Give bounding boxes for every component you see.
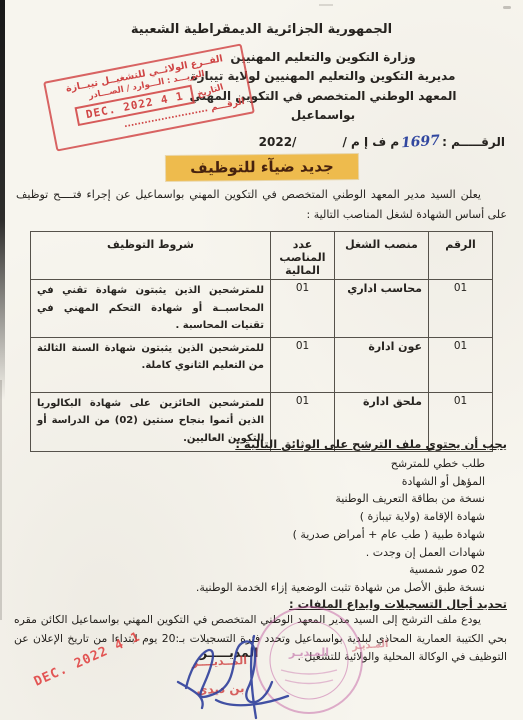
reference-number-line: الرقـــــم : 1697 م ف إ م / /2022 — [259, 134, 505, 150]
list-item: شهادة طبية ( طب عام + أمراض صدرية ) — [16, 526, 485, 544]
list-item: شهادات العمل إن وجدت . — [16, 544, 485, 562]
highlight-banner: جديد ضيآء للتوظيف — [166, 154, 358, 181]
row-count: 01 — [271, 280, 335, 338]
list-item: شهادة الإقامة (ولاية تيبازة ) — [16, 508, 485, 526]
col-number: الرقم — [429, 232, 493, 280]
scanned-document-page: الجمهورية الجزائرية الديمقراطية الشعبية … — [0, 0, 523, 720]
row-conditions: للمترشحين الذين يثبتون شهادة تقني في الم… — [31, 280, 271, 338]
republic-title: الجمهورية الجزائرية الديمقراطية الشعبية — [0, 22, 523, 37]
row-number: 01 — [429, 280, 493, 338]
announcement-paragraph: يعلن السيد مدير المعهد الوطني المتخصص في… — [16, 185, 507, 226]
col-count: عدد المناصب المالية — [271, 232, 335, 280]
row-number: 01 — [429, 337, 493, 392]
table-header-row: الرقم منصب الشغل عدد المناصب المالية شرو… — [31, 232, 493, 280]
list-item: نسخة طبق الأصل من شهادة تثبت الوضعية إزا… — [16, 579, 485, 597]
documents-list: طلب خطي للمترشح المؤهل أو الشهادة نسخة م… — [16, 455, 485, 597]
ref-code: م ف إ م / — [342, 135, 399, 149]
svg-text:التكوين المهني ✶ بواسماعيل ✶ ا: التكوين المهني ✶ بواسماعيل ✶ المعهد الوط… — [243, 598, 248, 600]
row-position: عون ادارة — [335, 337, 429, 392]
list-item: المؤهل أو الشهادة — [16, 473, 485, 491]
list-item: نسخة من بطاقة التعريف الوطنية — [16, 490, 485, 508]
col-position: منصب الشغل — [335, 232, 429, 280]
stamp-date-label: التاريخ — [196, 82, 225, 99]
scan-speck — [503, 6, 511, 9]
ref-year: /2022 — [259, 135, 297, 149]
signature-scribble — [158, 630, 308, 720]
scan-edge-artifact — [0, 0, 5, 400]
intake-red-stamp: الفــرع الولائــي للتشغيــل تيبــازة الب… — [43, 43, 255, 151]
ref-label: الرقـــــم : — [442, 135, 505, 149]
scan-edge-artifact — [0, 380, 2, 620]
list-item: طلب خطي للمترشح — [16, 455, 485, 473]
documents-heading: يجب أن يحتوي ملف الترشح على الوثائق التا… — [235, 437, 507, 451]
positions-table: الرقم منصب الشغل عدد المناصب المالية شرو… — [30, 231, 493, 452]
row-count: 01 — [271, 337, 335, 392]
table-row: 01 محاسب اداري 01 للمترشحين الذين يثبتون… — [31, 280, 493, 338]
handwritten-ref-number: 1697 — [401, 133, 441, 152]
list-item: 02 صور شمسية — [16, 561, 485, 579]
scan-speck — [319, 4, 333, 6]
row-conditions: للمترشحين الذين يثبتون شهادة السنة الثال… — [31, 337, 271, 392]
col-conditions: شروط التوظيف — [31, 232, 271, 280]
row-position: محاسب اداري — [335, 280, 429, 338]
table-row: 01 عون ادارة 01 للمترشحين الذين يثبتون ش… — [31, 337, 493, 392]
